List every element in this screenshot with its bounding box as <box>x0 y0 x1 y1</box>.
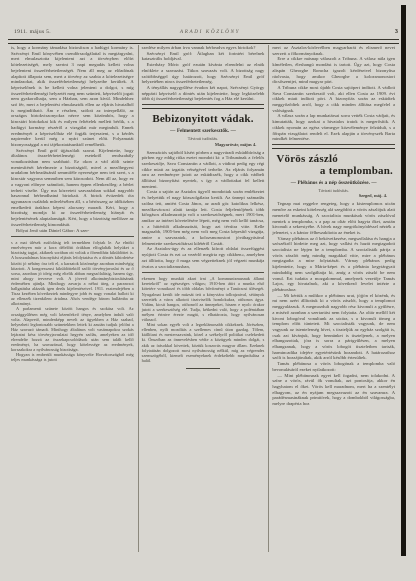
paragraph: ekemen hogy munkát akart írni „A kommuni… <box>142 276 265 322</box>
paragraph: Szenzációs sajtóból kísért pörben a nagy… <box>142 150 265 190</box>
paragraph: Esterházy Móric gróf ezután kívánta elre… <box>142 62 265 85</box>
paragraph: A Tribuna cikke most újabb Costa sajtópe… <box>272 85 395 114</box>
col2-petit-text: ekemen hogy munkát akart írni „A kommuni… <box>142 276 265 363</box>
newspaper-page: 1911. május 5. ARADI KÖZLÖNY 3 is, hogy … <box>0 0 416 581</box>
col3-article-rule <box>272 144 395 149</box>
article2-body: Tegnap mai reggelre rengeteg, hogy a kis… <box>272 201 395 406</box>
article2-headline-line1: Vörös zászló <box>272 153 395 165</box>
paragraph: is, hogy a kormány támadása biztosítson … <box>11 45 134 148</box>
column-2: szedése milyen árban írva vannak bérbead… <box>138 45 269 552</box>
article1-subtitle: — Felmentett szerkesztők. — <box>142 128 265 135</box>
column-layout: is, hogy a kormány támadása biztosítson … <box>8 45 399 552</box>
paragraph: A válasz során a lap munkatársai sorra v… <box>272 113 395 142</box>
header-date: 1911. május 5. <box>14 29 51 35</box>
article1-headline: Bebizonyitott vádak. <box>142 113 265 125</box>
paragraph: Szécsényi Emil gróf: Átlagban két forint… <box>142 51 265 62</box>
article1-dateline: Magyaróvár, május 4. <box>142 142 265 148</box>
paragraph: A parlamenti szünete között hangos és sz… <box>11 306 134 352</box>
article2-dateline: Szeged, máj. 4. <box>272 193 395 199</box>
paragraph: s a mai ülések zsúfolásig telt termekben… <box>11 240 134 306</box>
paragraph: — Mi kértük a múltkor a plébános urat, j… <box>272 293 395 361</box>
paragraph: Bólyai Jenő után Dániel Gábor: A szer- <box>11 228 134 234</box>
paragraph: A tényállás nagygyűlése évadon két napot… <box>142 85 265 102</box>
col2-section-rule <box>142 272 265 273</box>
column-3: mert az Asztalos-körlevélben magyarbarát… <box>268 45 399 552</box>
paragraph: Tamás plébánosa a vörös lobogónak a temp… <box>272 361 395 372</box>
paragraph: Costa a sajtón az Asztalos ügyről mondot… <box>142 189 265 246</box>
page-number: 3 <box>395 28 398 35</box>
paragraph: szedése milyen árban írva vannak bérbead… <box>142 45 265 51</box>
col3-top-text: mert az Asztalos-körlevélben magyarbarát… <box>272 45 395 142</box>
paragraph: Szécsényi Emil gróf újjászólalt szavai. … <box>11 148 134 228</box>
column-1: is, hogy a kormány támadása biztosítson … <box>8 45 138 552</box>
article1-body: Szenzációs sajtóból kísért pörben a nagy… <box>142 150 265 270</box>
header-double-rule <box>8 39 399 44</box>
paragraph: Erre a cikkre másnap válaszolt a Tribuna… <box>272 56 395 85</box>
paragraph: Hogyan is emberült munkássága könyvelte … <box>11 352 134 362</box>
paragraph: Várnay plébános az ő bekövetkezése, megs… <box>272 236 395 293</box>
article2-subtitle: — Plébános és a nép összeütközése. — <box>272 180 395 187</box>
paragraph: — Mint plébánosnak egyet kell fogadni, n… <box>272 373 395 407</box>
paragraph: Az Asztalos-ügy és az ellenzék kiírott o… <box>142 246 265 269</box>
col2-article-rule <box>142 104 265 109</box>
paragraph: mert az Asztalos-körlevélben magyarbarát… <box>272 45 395 56</box>
col1-section-rule <box>11 236 134 237</box>
article2-headline-line2: a templomban. <box>272 165 395 177</box>
col2-top-text: szedése milyen árban írva vannak bérbead… <box>142 45 265 102</box>
article1-end-rule <box>186 368 220 369</box>
col1-petit-text: s a mai ülések zsúfolásig telt termekben… <box>11 240 134 362</box>
scan-edge-bar <box>401 5 406 556</box>
paragraph: Tegnap mai reggelre rengeteg, hogy a kis… <box>272 201 395 235</box>
col1-main-text: is, hogy a kormány támadása biztosítson … <box>11 45 134 233</box>
paragraph: Mint sokan egyéb volt a legreklámosabb c… <box>142 322 265 363</box>
masthead-title: ARADI KÖZLÖNY <box>120 29 300 35</box>
